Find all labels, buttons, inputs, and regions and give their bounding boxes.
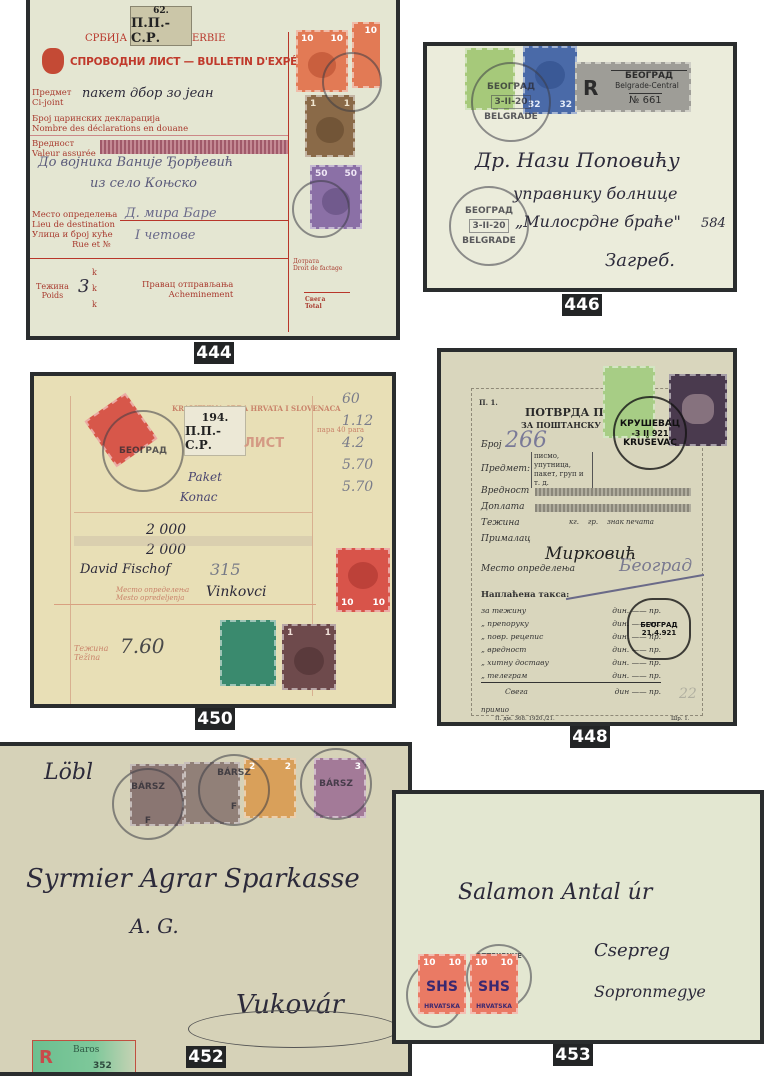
stamp-shs-overprint: 1010 SHS HRVATSKA <box>470 954 518 1014</box>
sender-amount: 315 <box>210 560 241 579</box>
fee-row: „ хитну доставудин. —— пр. <box>481 656 661 669</box>
postmark <box>292 180 350 238</box>
postmark-barsz: BÁRSZ <box>300 748 372 820</box>
footer-right: Шр. 1. <box>671 716 690 722</box>
address-line-3: Sopronmegye <box>594 982 706 1001</box>
address-line-1: Др. Нази Поповићу <box>475 148 680 172</box>
lot-453-card[interactable]: Salamon Antal úr Csepreg Sopronmegye SZT… <box>392 790 764 1044</box>
column-divider <box>288 32 289 332</box>
lot-444-card[interactable]: 62. П.П.-С.Р. СРБИЈА ERBIE СПРОВОДНИ ЛИС… <box>26 0 400 340</box>
rule <box>30 135 288 136</box>
form-title: ПОТВРДА ПР <box>525 406 612 419</box>
registration-city: БЕОГРАД <box>611 70 687 81</box>
label-code: П.П.-С.Р. <box>185 424 245 452</box>
house-number: 584 <box>701 216 726 231</box>
subject-label: Предмет: <box>481 464 530 474</box>
number-label: Број <box>481 440 502 450</box>
coat-of-arms-icon <box>42 48 64 74</box>
rule <box>304 292 350 293</box>
received-label: примио <box>481 706 509 714</box>
country-left: СРБИЈА <box>85 33 127 44</box>
destination-label: Место определењаMesto opredeljenja <box>116 586 189 602</box>
shs-overprint: SHS <box>478 979 510 995</box>
hrvatska-overprint: HRVATSKA <box>476 1003 512 1012</box>
row-label-surcharge: Доплата <box>481 502 525 512</box>
lot-446-card[interactable]: 3232 БЕОГРАД3-II-20BELGRADE R БЕОГРАД Be… <box>423 42 737 292</box>
shs-overprint: SHS <box>426 979 458 995</box>
routing-label: Правац отправљањаAcheminement <box>142 280 233 300</box>
stamp-green-1 <box>220 620 276 686</box>
lot-number-452: 452 <box>186 1046 226 1068</box>
rule <box>30 258 288 259</box>
form-title: ЛИСТ <box>244 436 284 451</box>
margin-note: 601.124.25.705.70 <box>342 388 373 498</box>
address-line-2: A. G. <box>130 914 179 938</box>
pp-label: 62. П.П.-С.Р. <box>130 6 192 46</box>
contents-2: Konac <box>180 490 217 504</box>
field-label-subject: ПредметCi-joint <box>32 88 71 108</box>
side-label-factage: ДотратаDroit de factage <box>293 258 342 272</box>
addressee-line-2: из село Коњско <box>90 176 197 191</box>
address-line-3: „Милосрдне браће" <box>515 212 681 231</box>
destination-value: Београд <box>619 556 692 576</box>
rule <box>74 536 312 546</box>
sender: David Fischof <box>80 562 170 577</box>
field-label-declarations: Број царинских декларацијаNombre des déc… <box>32 114 188 134</box>
value-cancel-bar <box>100 140 288 154</box>
flourish <box>188 1010 400 1048</box>
lot-450-card[interactable]: KRALJEVINA SRBA HRVATA I SLOVENACA 194. … <box>30 372 396 708</box>
pp-label: 194. П.П.-С.Р. <box>184 406 246 456</box>
contents-1: Paket <box>188 470 222 484</box>
postmark-krusevac: КРУШЕВАЦ-3 II 921KRUŠEVAC <box>613 396 687 470</box>
weight-value: 7.60 <box>120 634 165 658</box>
sender-note: Löbl <box>44 760 93 785</box>
stamp-brown-1: 11 <box>282 624 336 690</box>
weight-unit: k <box>92 284 97 293</box>
lot-number-448: 448 <box>570 726 610 748</box>
weight-units: кг. гр. знак печата <box>569 518 654 526</box>
lot-number-446: 446 <box>562 294 602 316</box>
weight-value: 3 <box>78 276 89 297</box>
stamp-red-10: 1010 <box>336 548 390 612</box>
field-value-subject: пакет дбор зо јеан <box>82 86 214 101</box>
surcharge-cancel-bar <box>535 504 691 512</box>
registration-number: 352 <box>93 1061 112 1071</box>
registration-office: Belgrade-Central <box>605 81 689 90</box>
registration-label: R Baros 352 <box>32 1040 136 1076</box>
form-code: П. 1. <box>479 398 498 407</box>
postmark <box>322 52 382 112</box>
lot-number-450: 450 <box>195 708 235 730</box>
row-label-weight: Тежина <box>481 518 520 528</box>
label-code: П.П.-С.Р. <box>131 16 191 46</box>
registration-label: R БЕОГРАД Belgrade-Central № 661 <box>575 62 691 112</box>
footer-left: П. дм. 368. 1920./21. <box>495 716 555 722</box>
country-right: ERBIE <box>192 33 225 44</box>
subject-options: писмо, упутница, пакет, груп и т. д. <box>531 452 593 488</box>
fees-title: Наплаћена такса: <box>481 590 569 600</box>
row-label-destination: Место определења <box>481 564 575 574</box>
fee-row: „ телеграмдин. —— пр. <box>481 669 661 683</box>
weight-label: ТежинаTežina <box>74 644 108 662</box>
lot-448-card[interactable]: П. 1. ПОТВРДА ПР ЗА ПОШТАНСКУ Број 266 П… <box>437 348 737 726</box>
destination-value: Vinkovci <box>206 584 267 600</box>
registration-number: № 661 <box>629 93 662 106</box>
pencil-note: 22 <box>679 686 697 702</box>
street-value: I четове <box>135 228 195 243</box>
label-number: 194. <box>202 411 229 424</box>
postmark-belgrade: БЕОГРАД3-II-20BELGRADE <box>471 62 551 142</box>
address-line-4: Загреб. <box>605 250 675 271</box>
address-line-1: Syrmier Agrar Sparkasse <box>26 864 360 894</box>
postmark-belgrade-2: БЕОГРАД3-II-20BELGRADE <box>449 186 529 266</box>
registration-letter: R <box>583 76 598 100</box>
address-line-2: управнику болнице <box>513 184 678 203</box>
postmark-beograd: БЕОГРАД <box>102 410 184 492</box>
row-label-value: Вредност <box>481 486 529 496</box>
registration-city: Baros <box>73 1045 99 1055</box>
destination-value: Д. мира Баре <box>125 206 217 221</box>
lot-452-card[interactable]: Löbl 22 3 BÁRSZF BÁRSZF BÁRSZ Syrmier Ag… <box>0 742 412 1076</box>
field-label-destination: Место определењаLieu de destinationУлица… <box>32 210 117 250</box>
hrvatska-overprint: HRVATSKA <box>424 1003 460 1012</box>
postmark-beograd: БЕОГРАД 21.4.921 <box>627 598 691 660</box>
postmark-barsz: BÁRSZF <box>198 754 270 826</box>
registration-letter: R <box>39 1047 53 1068</box>
label-number: 62. <box>153 6 169 16</box>
postmark-barsz: BÁRSZF <box>112 768 184 840</box>
lot-number-453: 453 <box>553 1044 593 1066</box>
address-line-2: Csepreg <box>594 940 670 961</box>
side-label-total: СвегаTotal <box>305 296 325 310</box>
addressee-line-1: До војника Ваније Ђорђевић <box>38 155 233 170</box>
lot-number-444: 444 <box>194 342 234 364</box>
weight-label: ТежинаPoids <box>36 282 69 300</box>
address-line-1: Salamon Antal úr <box>458 880 652 905</box>
fee-total-row: Свегадин —— пр. <box>481 685 661 698</box>
value-cancel-bar <box>535 488 691 496</box>
number-value: 266 <box>505 428 547 453</box>
rule <box>74 512 312 513</box>
weight-unit: k <box>92 300 97 309</box>
rule <box>54 604 316 605</box>
column-divider <box>70 396 71 706</box>
stamp-shs-overprint: 1010 SHS HRVATSKA <box>418 954 466 1014</box>
weight-unit: k <box>92 268 97 277</box>
row-label-recipient: Прималац <box>481 534 531 544</box>
